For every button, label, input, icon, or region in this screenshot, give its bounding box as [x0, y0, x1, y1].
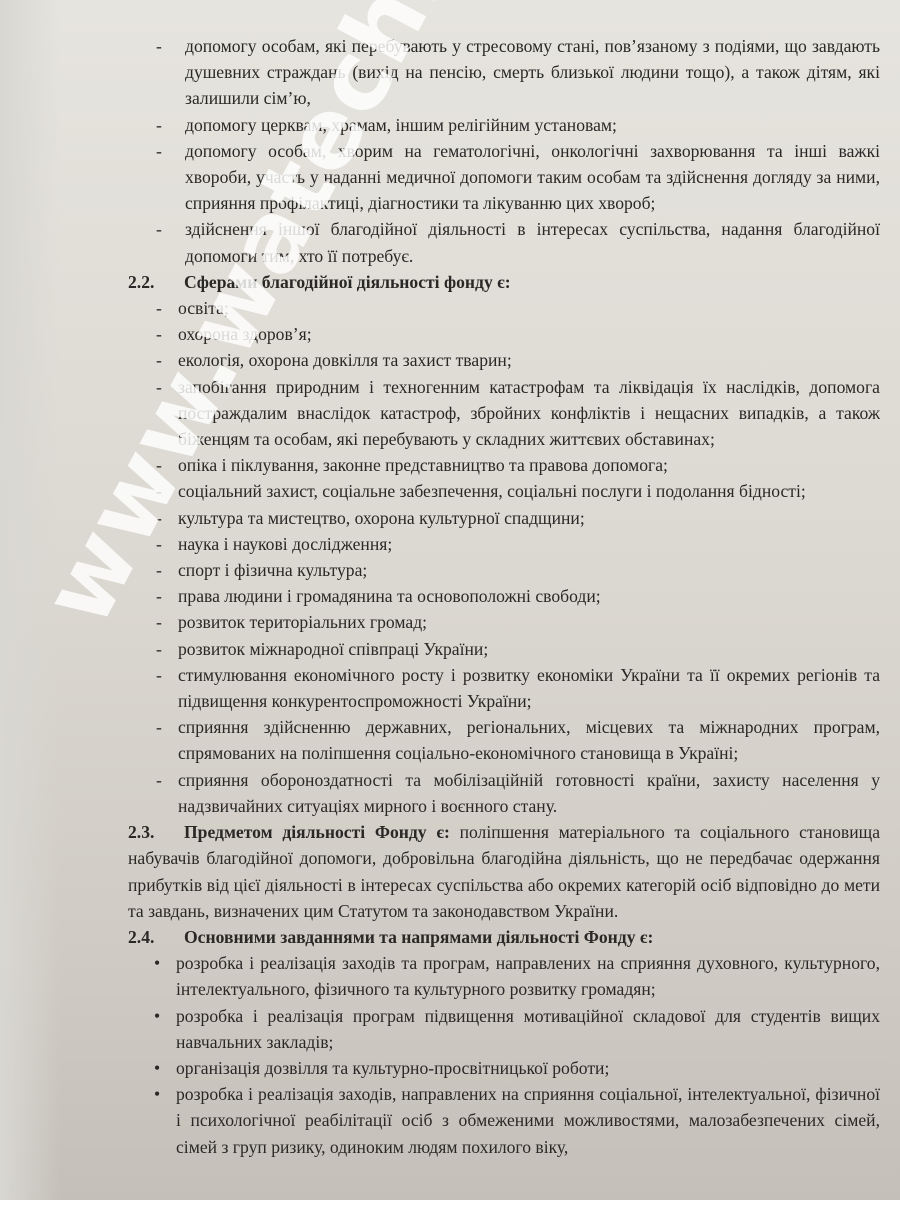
document-body: -допомогу особам, які перебувають у стре…: [132, 33, 880, 1160]
dash-marker: -: [156, 33, 162, 59]
section-title: Сферами благодійної діяльності фонду є:: [184, 272, 511, 292]
dash-marker: -: [156, 557, 162, 583]
dash-marker: -: [156, 583, 162, 609]
list-item: -опіка і піклування, законне представниц…: [132, 452, 880, 478]
list-item: -стимулювання економічного росту і розви…: [132, 662, 880, 714]
dash-marker: -: [156, 138, 162, 164]
list-item: -спорт і фізична культура;: [132, 557, 880, 583]
section-2-4-list: •розробка і реалізація заходів та програ…: [132, 950, 880, 1160]
list-item: -здійснення іншої благодійної діяльності…: [132, 216, 880, 268]
list-item: -сприяння здійсненню державних, регіонал…: [132, 714, 880, 766]
list-item: -освіта;: [132, 295, 880, 321]
section-number: 2.4.: [128, 924, 154, 950]
dash-marker: -: [156, 374, 162, 400]
section-number: 2.2.: [128, 269, 154, 295]
dash-marker: -: [156, 295, 162, 321]
list-item: -екологія, охорона довкілля та захист тв…: [132, 347, 880, 373]
list-item: -сприяння обороноздатності та мобілізаці…: [132, 767, 880, 819]
dash-marker: -: [156, 609, 162, 635]
section-heading-2-4: 2.4. Основними завданнями та напрямами д…: [128, 924, 880, 950]
list-item: -допомогу особам, хворим на гематологічн…: [132, 138, 880, 217]
bullet-marker: •: [154, 1081, 160, 1107]
bullet-marker: •: [154, 1003, 160, 1029]
dash-marker: -: [156, 531, 162, 557]
list-item: -охорона здоров’я;: [132, 321, 880, 347]
list-item: -допомогу церквам, храмам, іншим релігій…: [132, 112, 880, 138]
dash-marker: -: [156, 505, 162, 531]
list-item: -соціальний захист, соціальне забезпечен…: [132, 478, 880, 504]
list-item: -культура та мистецтво, охорона культурн…: [132, 505, 880, 531]
dash-marker: -: [156, 767, 162, 793]
list-item: -розвиток територіальних громад;: [132, 609, 880, 635]
list-item: -допомогу особам, які перебувають у стре…: [132, 33, 880, 112]
list-item: •розробка і реалізація програм підвищенн…: [132, 1003, 880, 1055]
dash-marker: -: [156, 347, 162, 373]
document-page: -допомогу особам, які перебувають у стре…: [0, 0, 900, 1200]
list-item: -розвиток міжнародної співпраці України;: [132, 636, 880, 662]
list-item: -права людини і громадянина та основопол…: [132, 583, 880, 609]
dash-marker: -: [156, 662, 162, 688]
section-2-2-list: -освіта;-охорона здоров’я;-екологія, охо…: [132, 295, 880, 819]
dash-marker: -: [156, 321, 162, 347]
dash-marker: -: [156, 112, 162, 138]
section-2-3: 2.3.Предметом діяльності Фонду є: поліпш…: [128, 819, 880, 924]
dash-marker: -: [156, 636, 162, 662]
list-item: •організація дозвілля та культурно-просв…: [132, 1055, 880, 1081]
dash-marker: -: [156, 216, 162, 242]
section-heading-2-2: 2.2. Сферами благодійної діяльності фонд…: [128, 269, 880, 295]
section-title: Основними завданнями та напрямами діяльн…: [184, 927, 653, 947]
list-item: •розробка і реалізація заходів, направле…: [132, 1081, 880, 1160]
intro-list: -допомогу особам, які перебувають у стре…: [132, 33, 880, 269]
bullet-marker: •: [154, 950, 160, 976]
section-lead: Предметом діяльності Фонду є:: [184, 822, 450, 842]
dash-marker: -: [156, 714, 162, 740]
dash-marker: -: [156, 478, 162, 504]
dash-marker: -: [156, 452, 162, 478]
list-item: •розробка і реалізація заходів та програ…: [132, 950, 880, 1002]
list-item: -запобігання природним і техногенним кат…: [132, 374, 880, 453]
list-item: -наука і наукові дослідження;: [132, 531, 880, 557]
section-number: 2.3.: [128, 819, 184, 845]
bullet-marker: •: [154, 1055, 160, 1081]
